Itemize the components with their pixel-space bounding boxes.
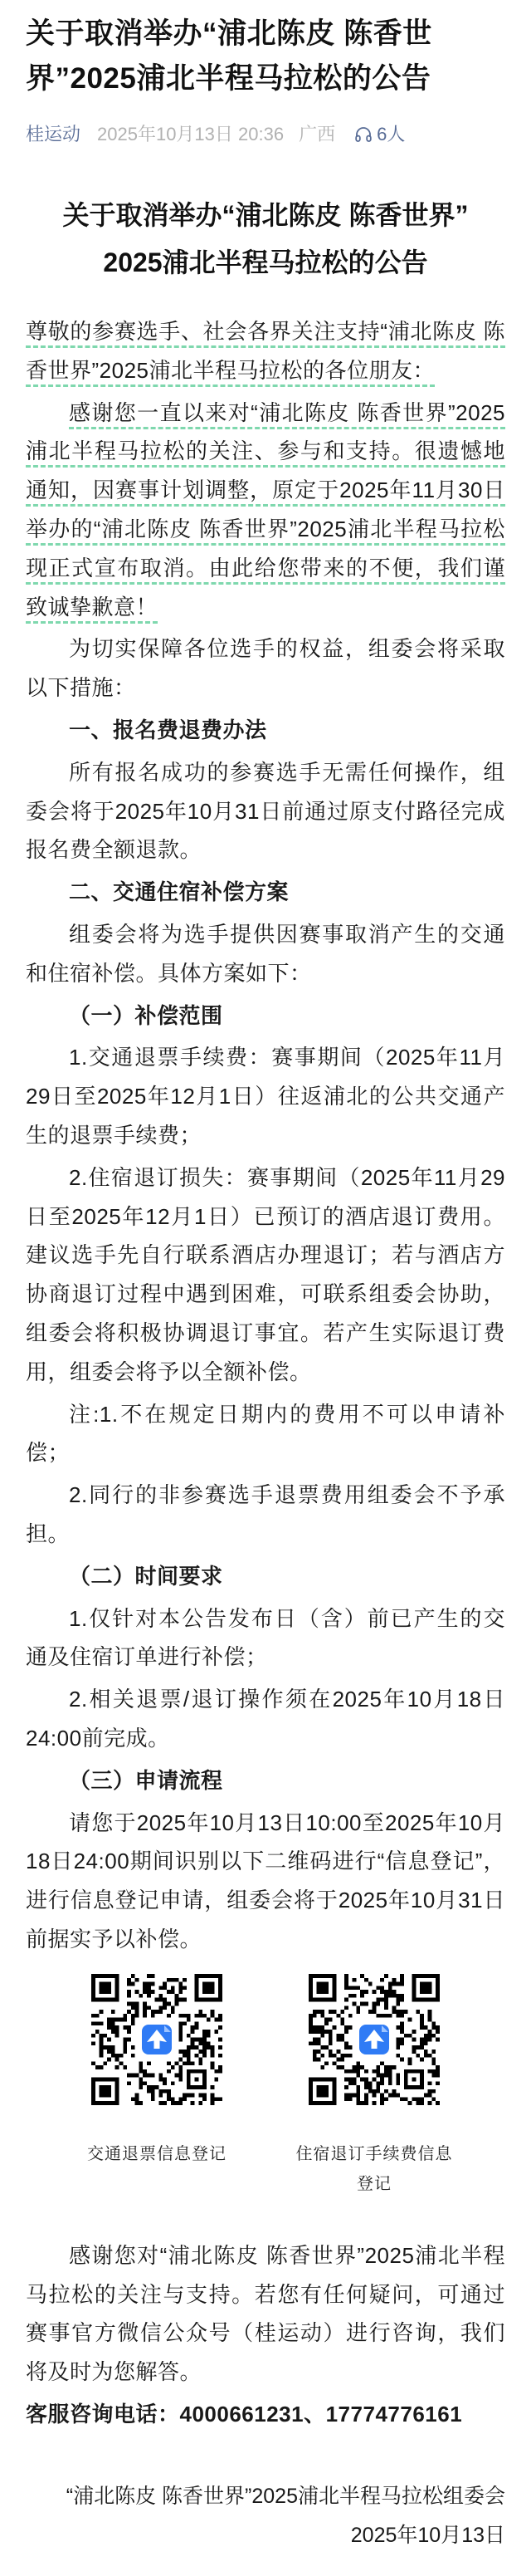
- section-1-body: 所有报名成功的参赛选手无需任何操作，组委会将于2025年10月31日前通过原支付…: [26, 753, 505, 869]
- signature-date: 2025年10月13日: [26, 2516, 505, 2556]
- qr-caption-transport: 交通退票信息登记: [74, 2138, 240, 2168]
- compensation-item-1: 1.交通退票手续费：赛事期间（2025年11月29日至2025年12月1日）往返…: [26, 1038, 505, 1154]
- paragraph-intro: 感谢您一直以来对“浦北陈皮 陈香世界”2025浦北半程马拉松的关注、参与和支持。…: [26, 394, 505, 627]
- time-item-2: 2.相关退票/退订操作须在2025年10月18日24:00前完成。: [26, 1680, 505, 1758]
- publish-location: 广西: [299, 124, 335, 145]
- article-page: 关于取消举办“浦北陈皮 陈香世界”2025浦北半程马拉松的公告 桂运动 2025…: [0, 0, 531, 2576]
- qr-code-row: 交通退票信息登记 住宿退订手续费信息登记: [26, 1974, 505, 2198]
- service-hotline: 客服咨询电话：4000661231、17774776161: [26, 2395, 505, 2434]
- page-title: 关于取消举办“浦北陈皮 陈香世界”2025浦北半程马拉松的公告: [26, 12, 505, 102]
- paragraph-measures: 为切实保障各位选手的权益，组委会将采取以下措施：: [26, 629, 505, 708]
- headphones-icon: [353, 125, 373, 144]
- note-item-2: 2.同行的非参赛选手退票费用组委会不予承担。: [26, 1476, 505, 1554]
- qr-code-hotel[interactable]: [309, 1974, 440, 2105]
- document-title-line1: 关于取消举办“浦北陈皮 陈香世界”: [26, 192, 505, 240]
- qr-code-transport[interactable]: [91, 1974, 222, 2105]
- note-item-1: 注:1.不在规定日期内的费用不可以申请补偿；: [26, 1395, 505, 1473]
- paragraph-salutation: 尊敬的参赛选手、社会各界关注支持“浦北陈皮 陈香世界”2025浦北半程马拉松的各…: [26, 312, 505, 390]
- subsection-3-heading: （三）申请流程: [26, 1761, 505, 1800]
- section-2-body: 组委会将为选手提供因赛事取消产生的交通和住宿补偿。具体方案如下：: [26, 915, 505, 993]
- section-2-heading: 二、交通住宿补偿方案: [26, 873, 505, 912]
- tencent-docs-logo-icon: [140, 2023, 173, 2056]
- publish-date: 2025年10月13日 20:36: [97, 124, 284, 145]
- time-item-1: 1.仅针对本公告发布日（含）前已产生的交通及住宿订单进行补偿；: [26, 1599, 505, 1677]
- signature-org: “浦北陈皮 陈香世界”2025浦北半程马拉松组委会: [26, 2477, 505, 2517]
- section-1-heading: 一、报名费退费办法: [26, 711, 505, 750]
- author-link[interactable]: 桂运动: [26, 124, 80, 145]
- article-meta: 桂运动 2025年10月13日 20:36 广西 6人: [26, 124, 505, 145]
- qr-caption-hotel: 住宿退订手续费信息登记: [291, 2138, 457, 2198]
- qr-figure-transport: 交通退票信息登记: [74, 1974, 240, 2198]
- document-title-line2: 2025浦北半程马拉松的公告: [26, 239, 505, 287]
- article-body: 尊敬的参赛选手、社会各界关注支持“浦北陈皮 陈香世界”2025浦北半程马拉松的各…: [26, 312, 505, 2434]
- qr-figure-hotel: 住宿退订手续费信息登记: [291, 1974, 457, 2198]
- document-title: 关于取消举办“浦北陈皮 陈香世界” 2025浦北半程马拉松的公告: [26, 192, 505, 287]
- apply-process-body: 请您于2025年10月13日10:00至2025年10月18日24:00期间识别…: [26, 1804, 505, 1959]
- compensation-item-2: 2.住宿退订损失：赛事期间（2025年11月29日至2025年12月1日）已预订…: [26, 1158, 505, 1392]
- subsection-2-heading: （二）时间要求: [26, 1557, 505, 1596]
- signature-block: “浦北陈皮 陈香世界”2025浦北半程马拉松组委会 2025年10月13日: [26, 2477, 505, 2556]
- listen-count: 6人: [377, 124, 405, 145]
- tencent-docs-logo-icon: [358, 2023, 391, 2056]
- subsection-1-heading: （一）补偿范围: [26, 997, 505, 1036]
- listen-control[interactable]: 6人: [353, 124, 405, 145]
- closing-paragraph: 感谢您对“浦北陈皮 陈香世界”2025浦北半程马拉松的关注与支持。若您有任何疑问…: [26, 2236, 505, 2392]
